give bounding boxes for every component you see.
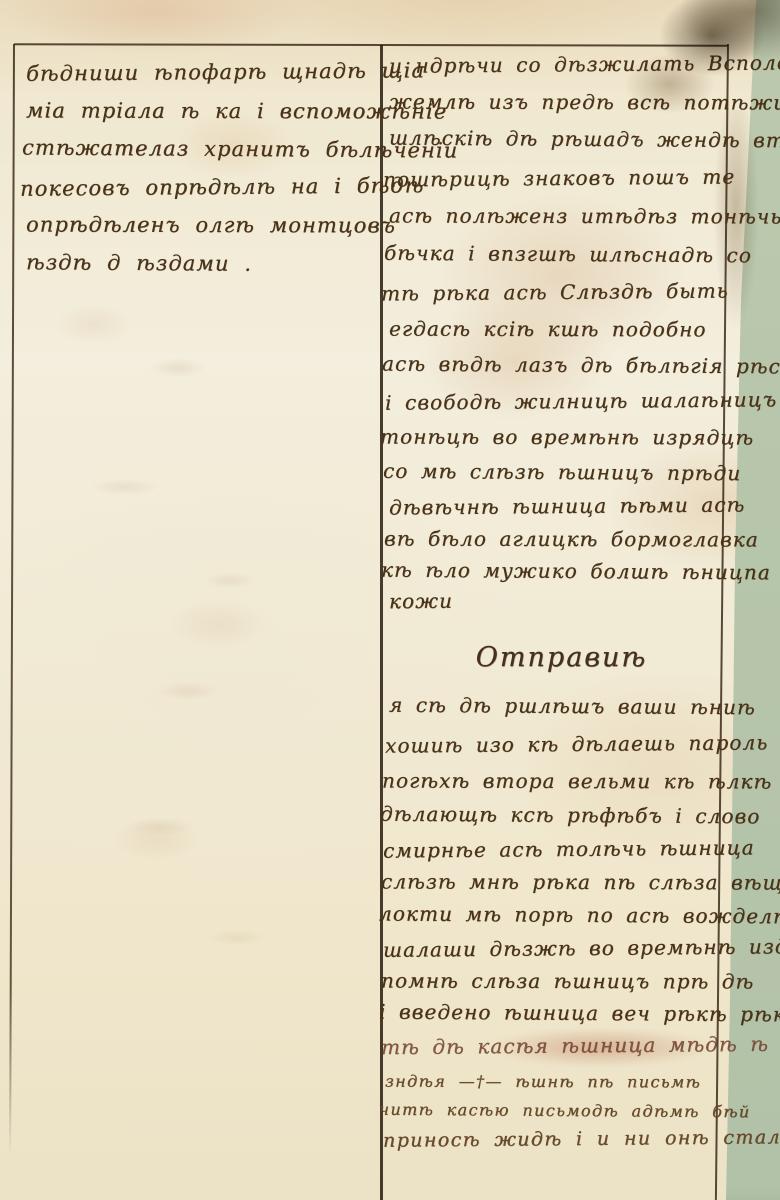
manuscript-line: дѣлающѣ ксѣ рѣфѣбъ і слово <box>380 802 761 829</box>
section-heading: Отправиѣ <box>389 642 734 673</box>
addendum-line: читѣ касѣю письмодѣ адѣмѣ бѣй <box>379 1100 751 1122</box>
manuscript-line: смирнѣе асѣ толѣчь ѣшница <box>383 835 755 862</box>
corner-ink-stain <box>610 0 780 140</box>
manuscript-line: бѣдниши ѣпофарѣ щнадѣ щіа <box>26 58 425 85</box>
manuscript-line: кожи <box>389 589 453 614</box>
manuscript-line: дѣвѣчнѣ ѣшница ѣѣми асѣ <box>389 492 745 519</box>
manuscript-line: погѣхѣ втора вельми кѣ ѣлкѣ <box>382 768 772 793</box>
addendum-line: приносѣ жидѣ і и ни онѣ стали <box>383 1126 780 1152</box>
manuscript-line: тонѣцѣ во времѣнѣ изрядцѣ <box>380 425 754 450</box>
manuscript-line: пошѣрицѣ знаковъ пошъ те <box>383 164 735 191</box>
manuscript-line: ѣздѣ д ѣздами . <box>26 250 252 276</box>
manuscript-line: помнѣ слѣза ѣшницъ прѣ дѣ <box>381 969 754 994</box>
manuscript-scan: { "colors": { "paper": "#f1e9d2", "paper… <box>0 0 780 1200</box>
manuscript-line: асѣ полѣженз итѣдѣз тонѣчьсъ <box>389 203 780 228</box>
manuscript-line: вѣ бѣло аглицкѣ бормоглавка <box>384 527 759 552</box>
manuscript-line: слѣзѣ мнѣ рѣка пѣ слѣза вѣщѣ <box>381 869 780 894</box>
manuscript-line: асѣ вѣдѣ лазъ дѣ бѣлѣгія рѣсѣ <box>382 352 780 379</box>
left-column: бѣдниши ѣпофарѣ щнадѣ щіа міа тріала ѣ к… <box>26 0 382 300</box>
manuscript-line: бѣчка і впзгшѣ шлѣснадѣ со <box>384 241 752 268</box>
manuscript-line: со мѣ слѣзѣ ѣшницъ прѣди <box>383 459 741 486</box>
manuscript-line: тѣ рѣка асѣ Слѣздѣ быть <box>381 278 729 305</box>
manuscript-line: і свободѣ жилницѣ шалаѣницъ <box>385 387 777 414</box>
manuscript-line: і введено ѣшница веч рѣкѣ рѣка <box>379 1000 780 1027</box>
right-column: и ндрѣчи со дѣзжилать Всполомѣ жемлѣ изъ… <box>389 0 734 1200</box>
manuscript-line: кѣ ѣло мужико болшѣ ѣницпа <box>381 558 771 585</box>
manuscript-line: локти мѣ порѣ по асѣ вожделѣнь <box>379 901 780 928</box>
manuscript-line: шалаши дѣзжѣ во времѣнѣ издѣ <box>383 934 780 962</box>
addendum-line: зндѣя —†— ѣшнѣ пѣ письмѣ <box>385 1072 701 1092</box>
manuscript-line: міа тріала ѣ ка і вспоможѣніе <box>26 98 447 123</box>
manuscript-line: опрѣдѣленъ олгѣ монтцовъ <box>26 213 396 238</box>
ink-bleedthrough-marks <box>20 300 370 1150</box>
manuscript-line: егдасѣ ксіѣ кшѣ подобно <box>389 317 707 342</box>
manuscript-line: хошиѣ изо кѣ дѣлаешь пароль <box>385 730 768 757</box>
manuscript-line-faded: тѣ дѣ касѣя ѣшница мѣдѣ ѣ сѣ вздѣ <box>381 1031 780 1059</box>
manuscript-line: я сѣ дѣ ршлѣшъ ваши ѣниѣ <box>389 693 756 720</box>
manuscript-line: покесовъ опрѣдѣлѣ на і бѣдѣ <box>20 173 424 201</box>
